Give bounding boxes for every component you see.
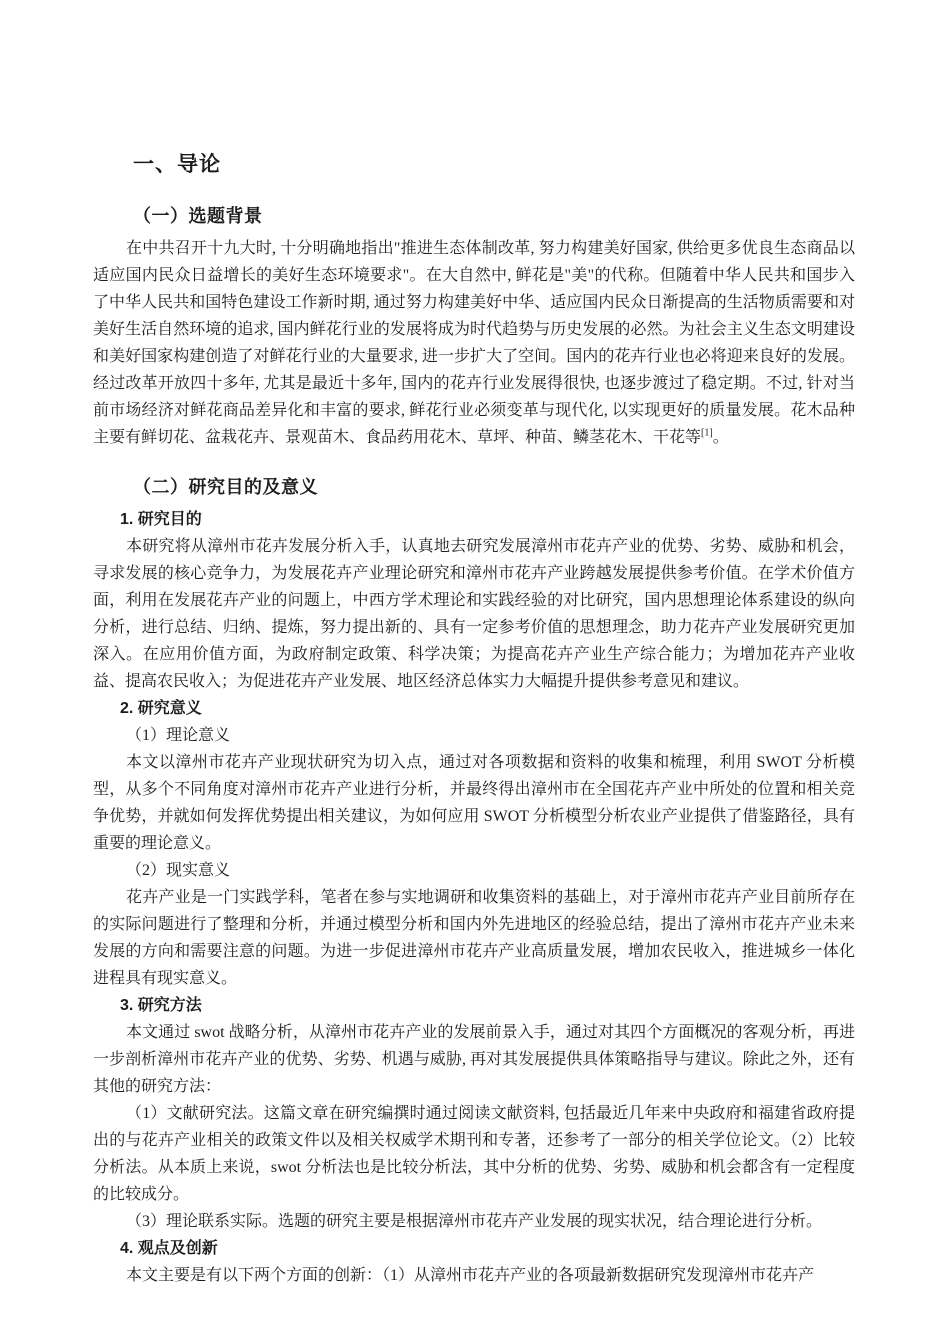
document-page: 一、导论 （一）选题背景 在中共召开十九大时, 十分明确地指出"推进生态体制改革… [0,0,950,1344]
section-heading-purpose-significance: （二）研究目的及意义 [133,474,855,500]
paragraph-research-purpose: 本研究将从漳州市花卉发展分析入手，认真地去研究发展漳州市花卉产业的优势、劣势、威… [93,533,855,695]
sub-heading-research-methods: 3. 研究方法 [120,992,855,1019]
sub-heading-views-innovation: 4. 观点及创新 [120,1235,855,1262]
paragraph-practical-significance: 花卉产业是一门实践学科，笔者在参与实地调研和收集资料的基础上，对于漳州市花卉产业… [93,884,855,992]
paragraph-theoretical-significance: 本文以漳州市花卉产业现状研究为切入点，通过对各项数据和资料的收集和梳理，利用 S… [93,749,855,857]
paragraph-method-literature-and-comparative: （1）文献研究法。这篇文章在研究编撰时通过阅读文献资料, 包括最近几年来中央政府… [93,1100,855,1208]
chapter-title: 一、导论 [133,150,855,180]
sub-heading-research-significance: 2. 研究意义 [120,695,855,722]
paragraph-background: 在中共召开十九大时, 十分明确地指出"推进生态体制改革, 努力构建美好国家, 供… [93,235,855,451]
item-label-practical-significance: （2）现实意义 [93,857,855,884]
section-heading-background: （一）选题背景 [133,203,855,229]
paragraph-background-text: 在中共召开十九大时, 十分明确地指出"推进生态体制改革, 努力构建美好国家, 供… [93,240,855,446]
sub-heading-research-purpose: 1. 研究目的 [120,506,855,533]
paragraph-research-methods-overview: 本文通过 swot 战略分析，从漳州市花卉产业的发展前景入手，通过对其四个方面概… [93,1019,855,1100]
item-label-theoretical-significance: （1）理论意义 [93,722,855,749]
paragraph-views-innovation: 本文主要是有以下两个方面的创新：（1）从漳州市花卉产业的各项最新数据研究发现漳州… [93,1262,855,1289]
paragraph-background-tail: 。 [713,429,729,446]
paragraph-method-theory-practice: （3）理论联系实际。选题的研究主要是根据漳州市花卉产业发展的现实状况，结合理论进… [93,1208,855,1235]
footnote-reference-1: [1] [701,428,713,439]
